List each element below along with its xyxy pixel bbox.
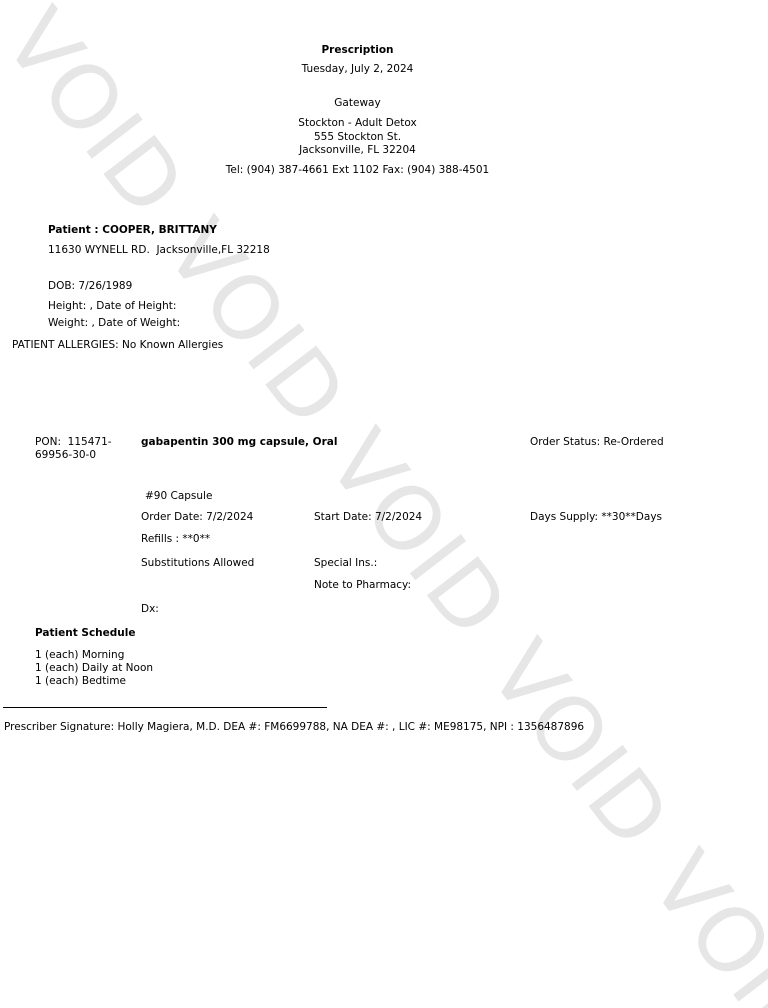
order-date: Order Date: 7/2/2024 — [141, 511, 253, 524]
note-to-pharmacy: Note to Pharmacy: — [314, 579, 411, 592]
patient-name: Patient : COOPER, BRITTANY — [48, 224, 217, 237]
refills: Refills : **0** — [141, 533, 210, 546]
medication-quantity: #90 Capsule — [145, 490, 212, 503]
prescriber-signature: Prescriber Signature: Holly Magiera, M.D… — [4, 721, 584, 734]
pon-line2: 69956-30-0 — [35, 449, 96, 462]
patient-allergies: PATIENT ALLERGIES: No Known Allergies — [12, 339, 223, 352]
schedule-item: 1 (each) Morning — [35, 649, 153, 662]
facility-address-line2: Jacksonville, FL 32204 — [0, 144, 715, 157]
signature-divider — [3, 707, 327, 708]
patient-weight: Weight: , Date of Weight: — [48, 317, 180, 330]
order-status: Order Status: Re-Ordered — [530, 436, 664, 449]
organization-name: Gateway — [0, 97, 715, 110]
medication-name: gabapentin 300 mg capsule, Oral — [141, 436, 337, 449]
schedule-item: 1 (each) Bedtime — [35, 675, 153, 688]
start-date: Start Date: 7/2/2024 — [314, 511, 422, 524]
schedule-item: 1 (each) Daily at Noon — [35, 662, 153, 675]
patient-dob: DOB: 7/26/1989 — [48, 280, 132, 293]
patient-height: Height: , Date of Height: — [48, 300, 176, 313]
schedule-list: 1 (each) Morning 1 (each) Daily at Noon … — [35, 649, 153, 688]
prescription-date: Tuesday, July 2, 2024 — [0, 63, 715, 76]
facility-contact: Tel: (904) 387-4661 Ext 1102 Fax: (904) … — [0, 164, 715, 177]
facility-name: Stockton - Adult Detox — [0, 117, 715, 130]
substitutions: Substitutions Allowed — [141, 557, 254, 570]
schedule-title: Patient Schedule — [35, 627, 135, 640]
days-supply: Days Supply: **30**Days — [530, 511, 662, 524]
patient-address: 11630 WYNELL RD. Jacksonville,FL 32218 — [48, 244, 270, 257]
diagnosis: Dx: — [141, 603, 159, 616]
special-instructions: Special Ins.: — [314, 557, 377, 570]
pon-line1: PON: 115471- — [35, 436, 112, 449]
document-title: Prescription — [0, 44, 715, 57]
facility-address-line1: 555 Stockton St. — [0, 131, 715, 144]
